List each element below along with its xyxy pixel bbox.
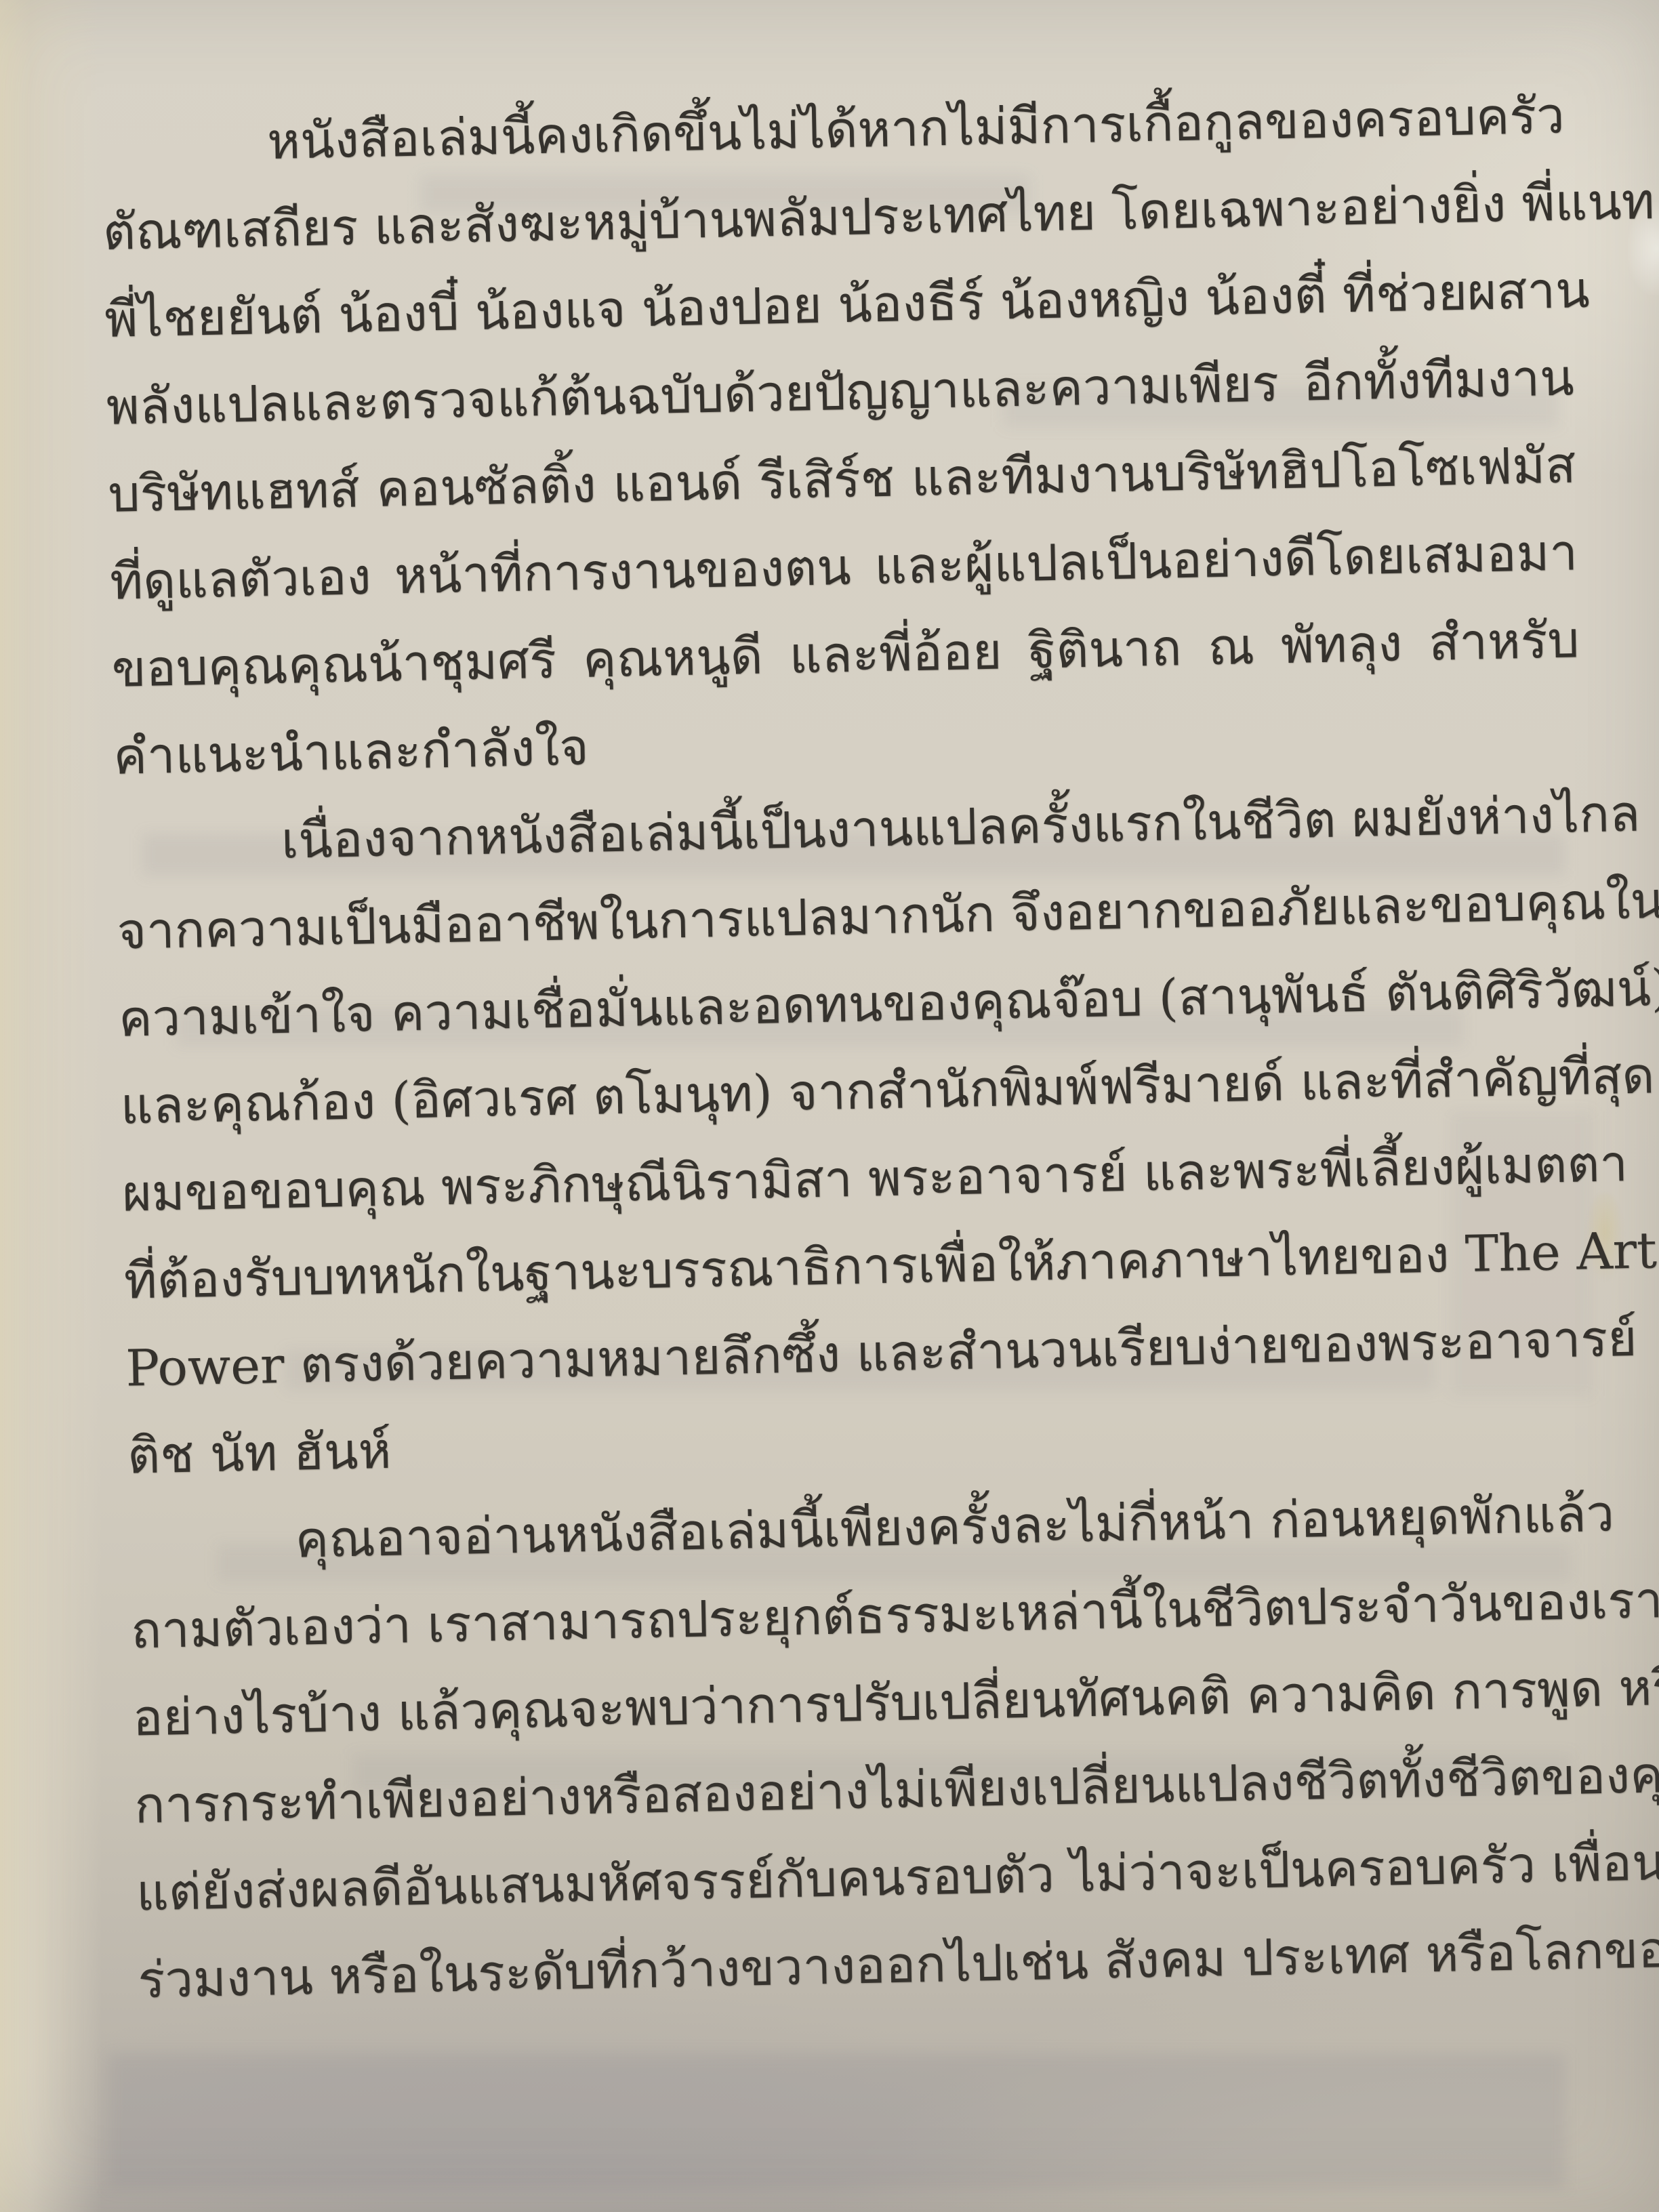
acknowledgements-text: หนังสือเล่มนี้คงเกิดขึ้นไม่ได้หากไม่มีกา… — [100, 73, 1607, 2025]
book-page-photo: หนังสือเล่มนี้คงเกิดขึ้นไม่ได้หากไม่มีกา… — [0, 0, 1659, 2212]
